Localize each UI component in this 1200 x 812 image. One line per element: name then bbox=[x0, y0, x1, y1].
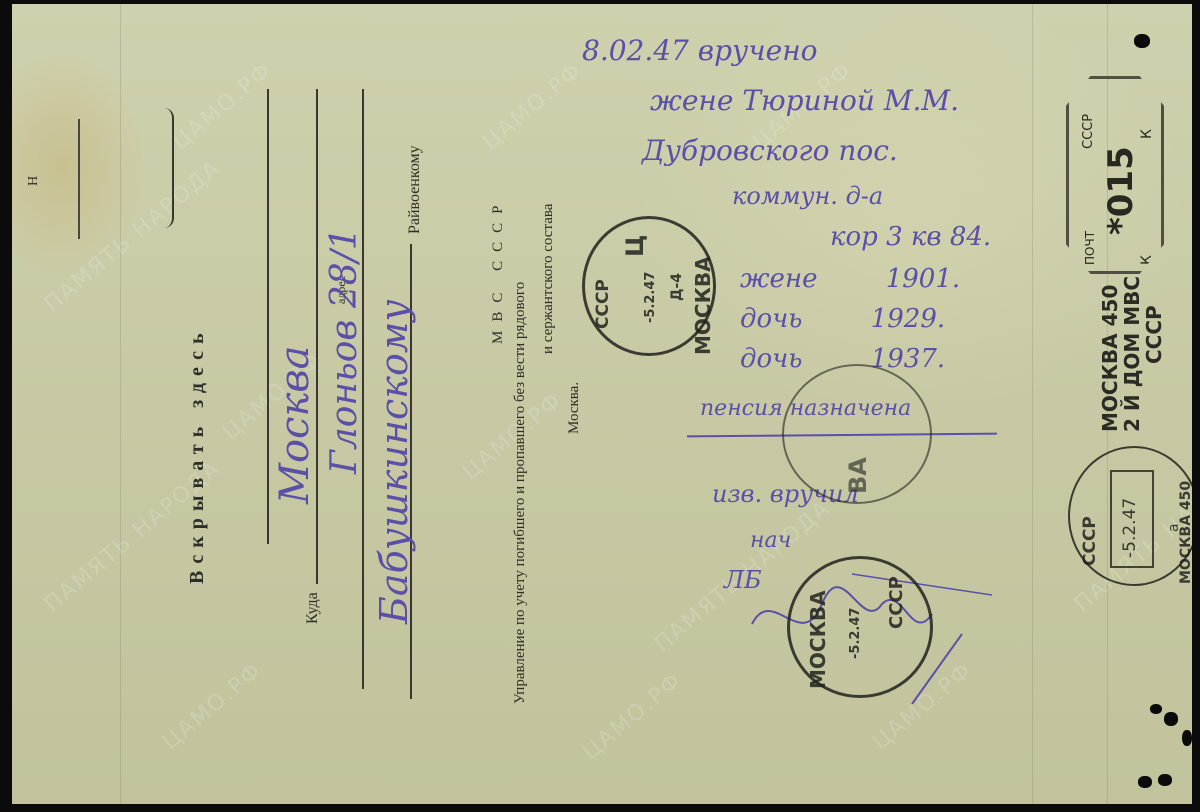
postmark-date: -5.2.47 bbox=[643, 272, 658, 323]
sender-city: Москва. bbox=[566, 382, 583, 434]
watermark: ЦАМО.РФ bbox=[158, 658, 267, 755]
fold-line bbox=[120, 4, 121, 804]
address-line-2 bbox=[316, 89, 318, 584]
date-box: -5.2.47 bbox=[1110, 470, 1154, 568]
meter-postmark: СССР -5.2.47 а МОСКВА 450 bbox=[1068, 446, 1192, 586]
postmark-1: СССР Ц -5.2.47 Д-4 МОСКВА bbox=[582, 216, 716, 356]
handwritten-recipient: Бабушкинскому bbox=[372, 300, 416, 624]
bracket-top bbox=[164, 108, 174, 228]
watermark: ЦАМО.РФ bbox=[578, 668, 687, 765]
postmark-text: СССР bbox=[593, 279, 613, 329]
meter-banner-top: СССР bbox=[1081, 114, 1096, 149]
postmark-city: МОСКВА bbox=[806, 590, 830, 689]
sender-line-2: и сержантского состава bbox=[540, 204, 557, 354]
recipient-label: Райвоенкому bbox=[406, 145, 424, 234]
sender-org: МВС СССР bbox=[490, 197, 507, 344]
postmark-code: Д-4 bbox=[669, 273, 685, 301]
meter-unit: К bbox=[1139, 255, 1155, 265]
punch-hole bbox=[1150, 704, 1162, 714]
note-line: жене 1901. bbox=[740, 264, 960, 294]
watermark: ПАМЯТЬ НАРОДА bbox=[40, 156, 226, 318]
to-label: Куда bbox=[304, 592, 322, 624]
handwritten-city: Москва bbox=[272, 346, 318, 504]
meter-stamp: СССР ПОЧТ *015 К К bbox=[1066, 76, 1164, 274]
meter-unit: К bbox=[1139, 129, 1155, 139]
postmark-text: СССР bbox=[886, 576, 907, 629]
meter-address-3: СССР bbox=[1142, 305, 1166, 364]
note-line: нач bbox=[750, 528, 791, 553]
margin-mark: Н bbox=[26, 176, 42, 186]
open-here-label: Вскрывать здесь bbox=[186, 326, 209, 584]
tear-guide-line bbox=[78, 119, 80, 239]
postmark-3: МОСКВА -5.2.47 СССР bbox=[787, 556, 933, 698]
punch-hole bbox=[1182, 730, 1192, 746]
punch-hole bbox=[1158, 774, 1172, 786]
meter-address-1: МОСКВА 450 bbox=[1098, 285, 1122, 432]
note-line: дочь 1929. bbox=[740, 304, 945, 334]
sender-line-1: Управление по учету погибшего и пропавше… bbox=[512, 282, 529, 704]
postmark-text: ВА bbox=[844, 457, 872, 494]
postmark-series: Ц bbox=[621, 235, 649, 257]
watermark: ЦАМО.РФ bbox=[168, 58, 277, 155]
note-line: жене Тюриной М.М. bbox=[650, 84, 959, 117]
postmark-city: МОСКВА bbox=[691, 256, 715, 355]
meter-value: *015 bbox=[1101, 146, 1141, 235]
punch-hole bbox=[1164, 712, 1178, 726]
postmark-date: -5.2.47 bbox=[848, 608, 863, 659]
note-line: коммун. д-а bbox=[732, 182, 883, 210]
postmark-2: ВА bbox=[782, 364, 932, 504]
meter-address-2: 2 Й ДОМ МВС bbox=[1120, 276, 1144, 432]
postmark-date: -5.2.47 bbox=[1120, 498, 1140, 558]
punch-hole bbox=[1138, 776, 1152, 788]
note-line: кор 3 кв 84. bbox=[830, 222, 991, 252]
note-line: Дубровского пос. bbox=[642, 134, 898, 167]
postmark-text: СССР bbox=[1080, 516, 1100, 566]
watermark: ЦАМО.РФ bbox=[478, 58, 587, 155]
punch-hole bbox=[1134, 34, 1150, 48]
meter-banner-bottom: ПОЧТ bbox=[1083, 231, 1097, 265]
postmark-city: МОСКВА 450 bbox=[1178, 481, 1192, 584]
address-line-1 bbox=[267, 89, 269, 544]
document-sheet: ЦАМО.РФ ЦАМО.РФ ЦАМО.РФ ПАМЯТЬ НАРОДА ЦА… bbox=[12, 4, 1192, 804]
handwritten-street: Глоньов 28/1 bbox=[324, 227, 365, 474]
fold-line bbox=[1032, 4, 1033, 804]
note-line: 8.02.47 вручено bbox=[582, 34, 818, 67]
